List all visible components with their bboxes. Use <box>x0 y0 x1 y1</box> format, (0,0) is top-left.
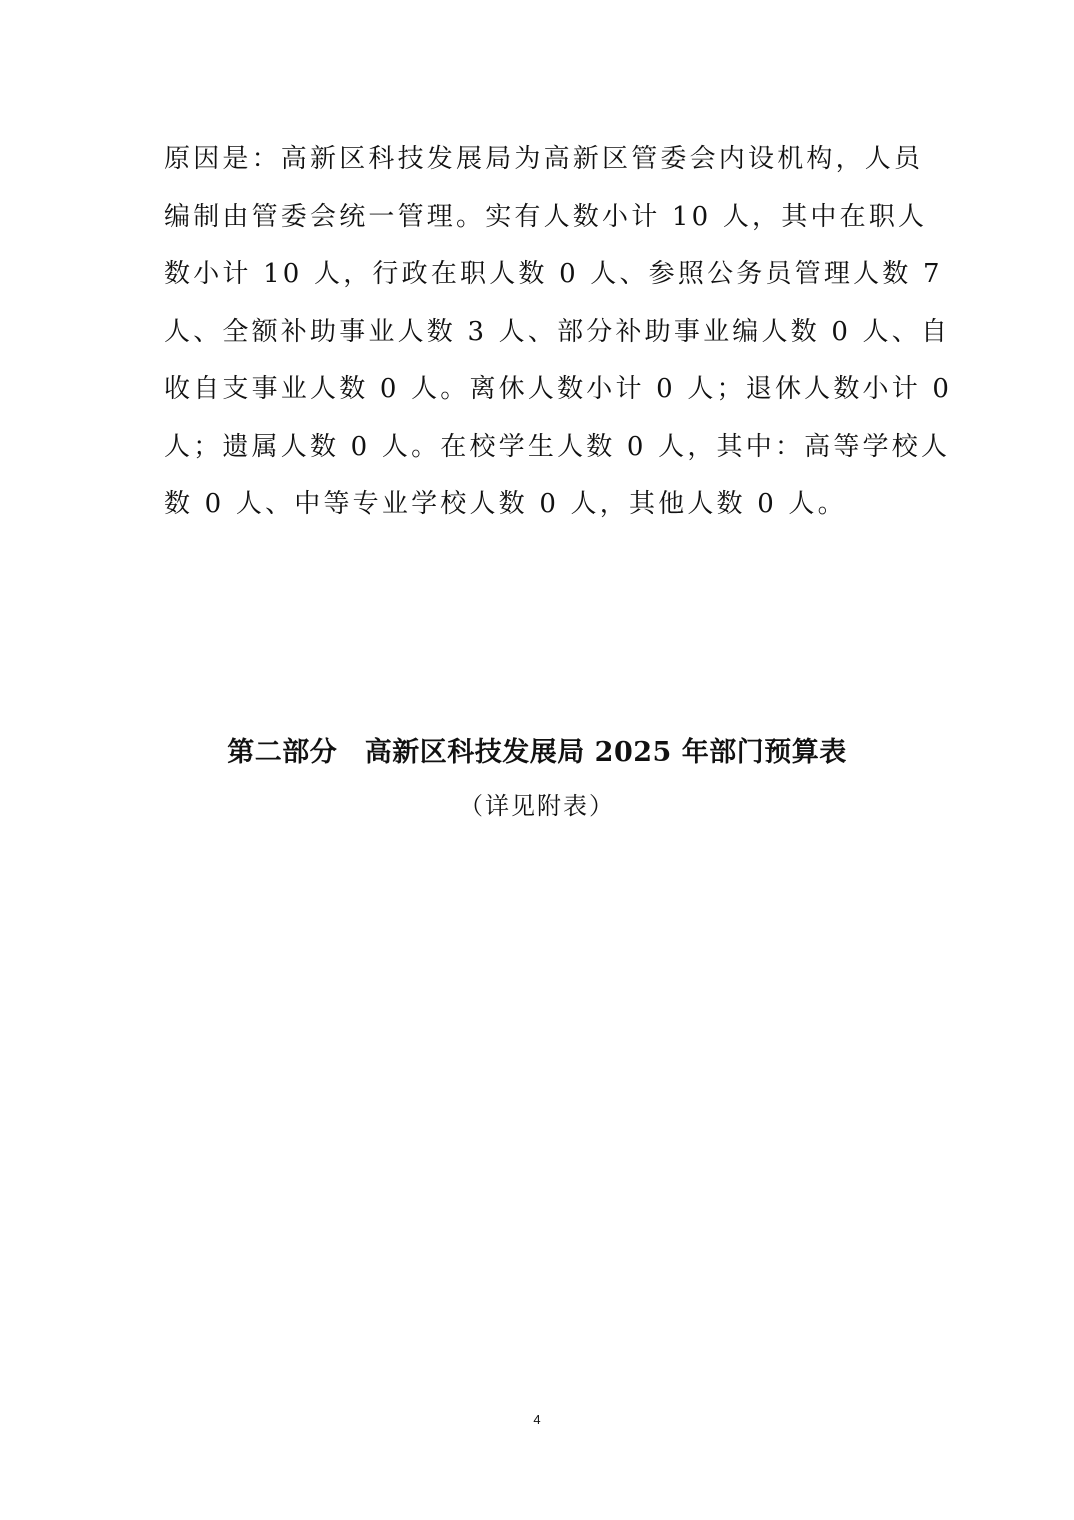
section-subtitle: （详见附表） <box>0 788 1074 824</box>
page-number: 4 <box>0 1410 1074 1430</box>
paragraph-line: 人；遗属人数 0 人。在校学生人数 0 人，其中：高等学校人 <box>164 424 912 482</box>
paragraph-line: 编制由管委会统一管理。实有人数小计 10 人，其中在职人 <box>164 194 912 252</box>
paragraph-line: 收自支事业人数 0 人。离休人数小计 0 人；退休人数小计 0 <box>164 366 912 424</box>
paragraph-line: 数小计 10 人，行政在职人数 0 人、参照公务员管理人数 7 <box>164 251 912 309</box>
document-page: 原因是：高新区科技发展局为高新区管委会内设机构，人员 编制由管委会统一管理。实有… <box>0 0 1074 1520</box>
paragraph-line: 人、全额补助事业人数 3 人、部分补助事业编人数 0 人、自 <box>164 309 912 367</box>
section-title: 第二部分 高新区科技发展局 2025 年部门预算表 <box>0 733 1074 773</box>
paragraph-line: 数 0 人、中等专业学校人数 0 人，其他人数 0 人。 <box>164 481 912 539</box>
staffing-paragraph: 原因是：高新区科技发展局为高新区管委会内设机构，人员 编制由管委会统一管理。实有… <box>164 136 912 539</box>
paragraph-line: 原因是：高新区科技发展局为高新区管委会内设机构，人员 <box>164 136 912 194</box>
